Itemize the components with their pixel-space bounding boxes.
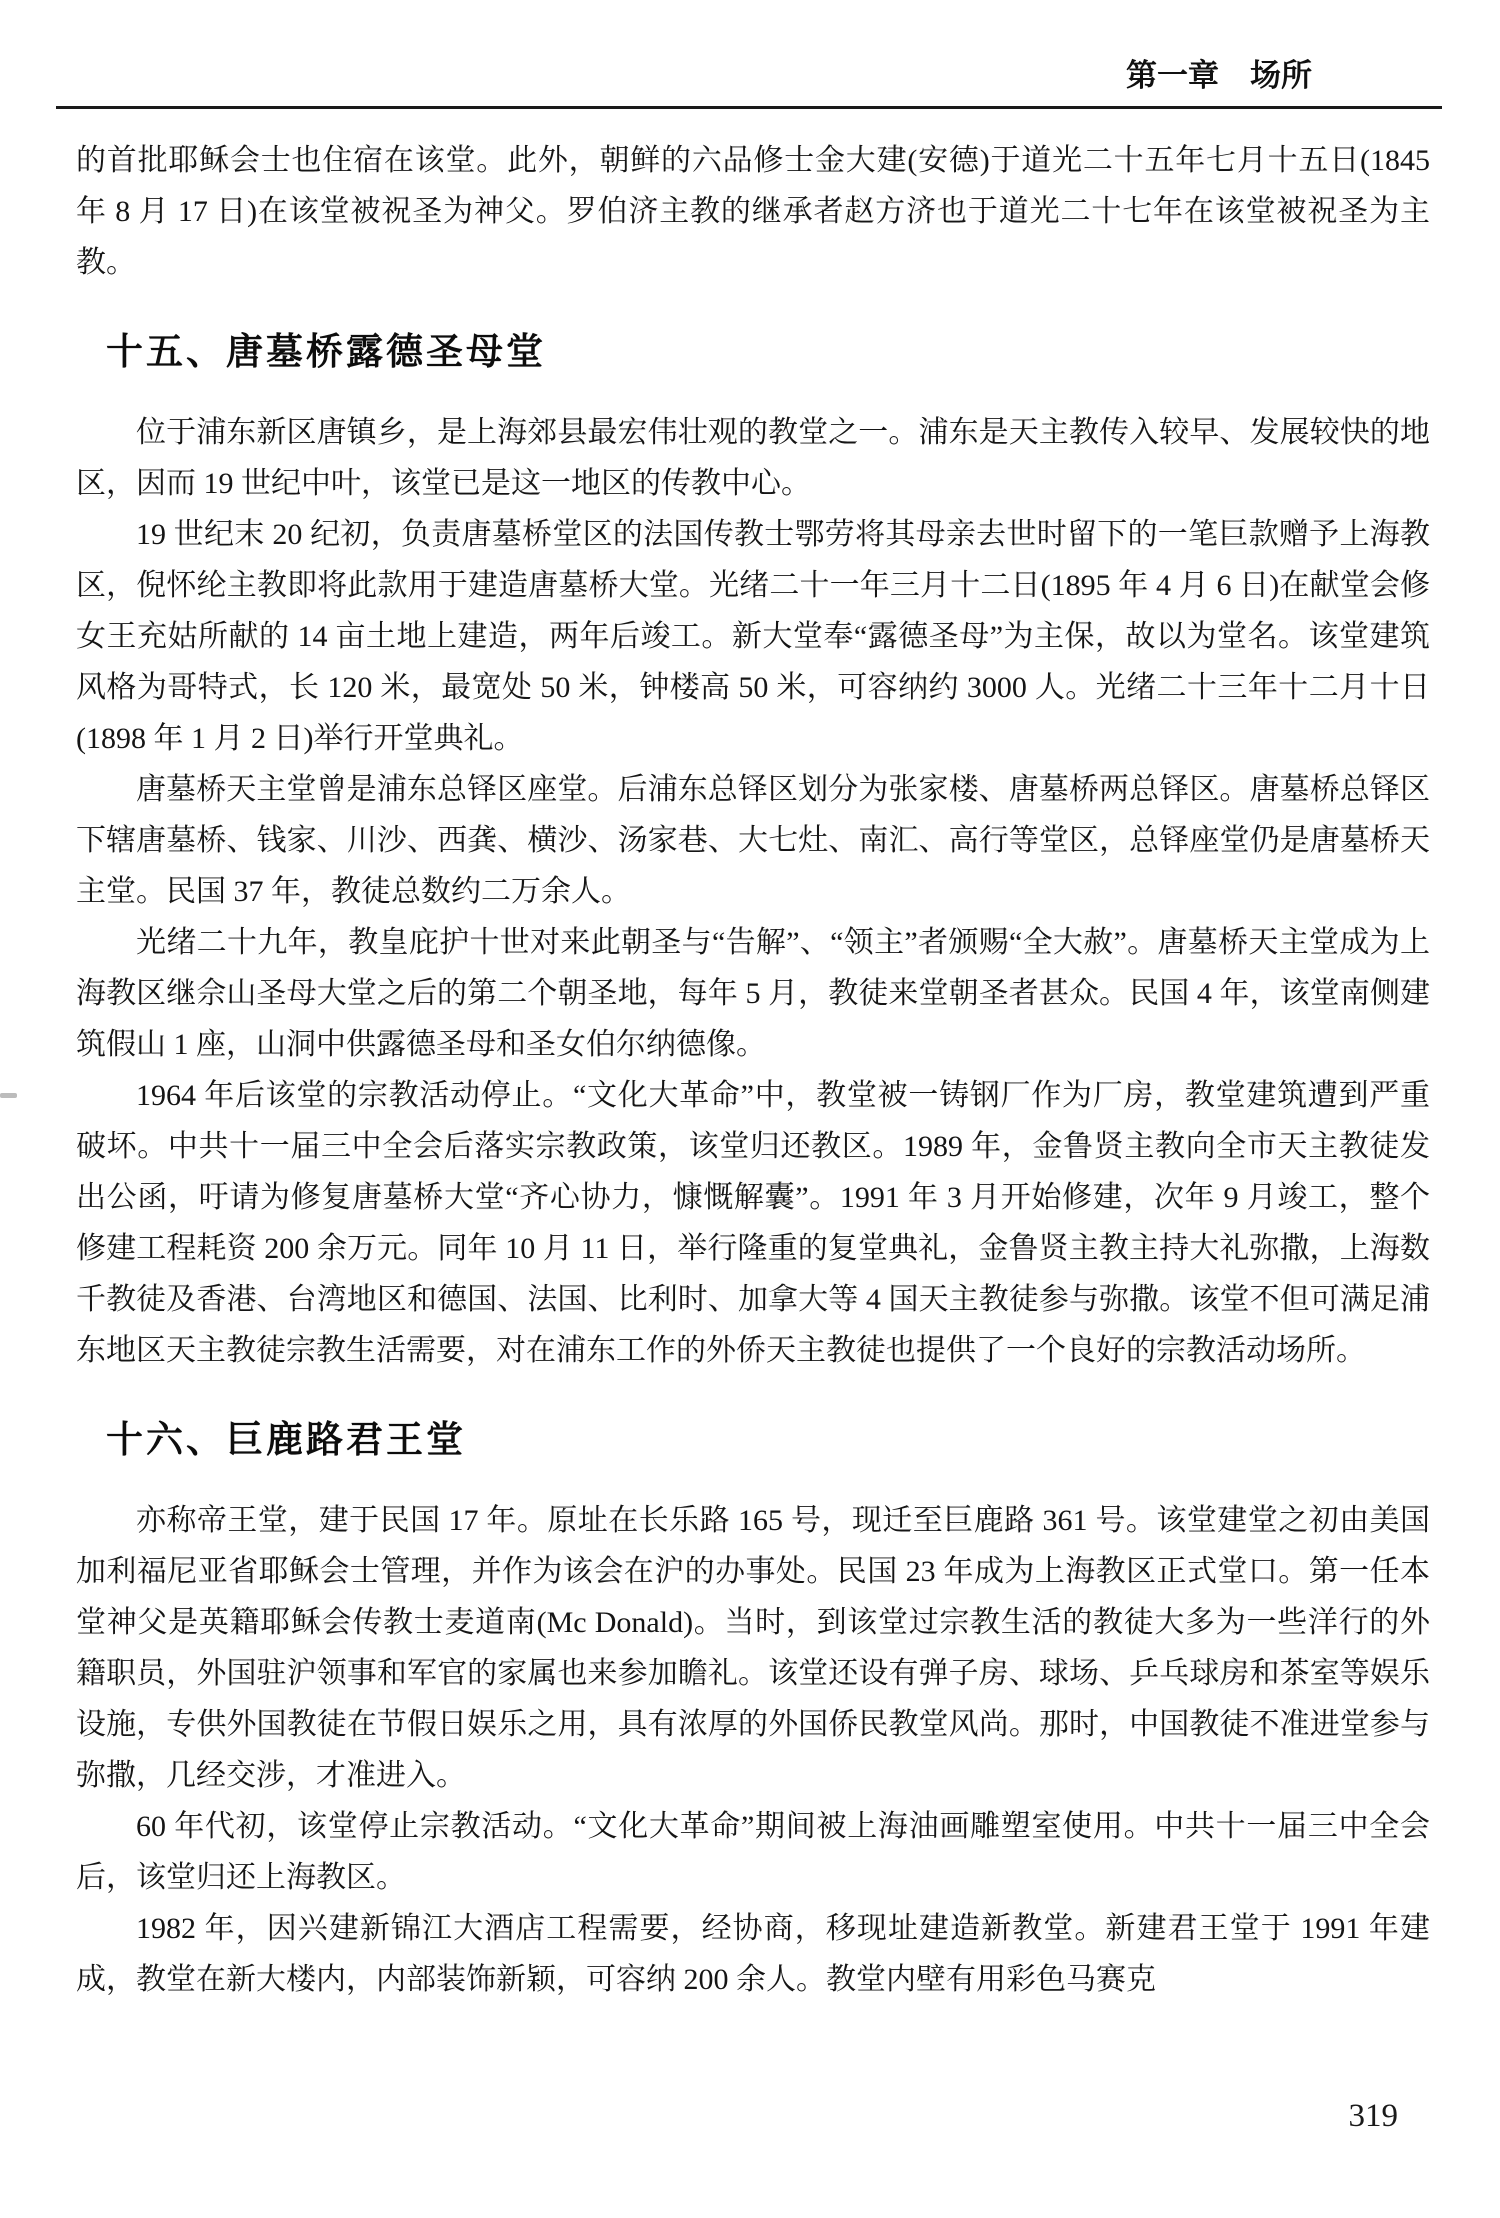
scan-artifact bbox=[0, 1093, 17, 1098]
section-16-heading: 十六、巨鹿路君王堂 bbox=[106, 1414, 1430, 1465]
page-footer: 319 bbox=[1349, 2098, 1399, 2135]
section-16-paragraph: 1982 年，因兴建新锦江大酒店工程需要，经协商，移现址建造新教堂。新建君王堂于… bbox=[76, 1903, 1430, 2005]
section-16-paragraph: 亦称帝王堂，建于民国 17 年。原址在长乐路 165 号，现迁至巨鹿路 361 … bbox=[76, 1495, 1430, 1801]
section-15-paragraph: 1964 年后该堂的宗教活动停止。“文化大革命”中，教堂被一铸钢厂作为厂房，教堂… bbox=[76, 1070, 1430, 1376]
section-15-paragraph: 位于浦东新区唐镇乡，是上海郊县最宏伟壮观的教堂之一。浦东是天主教传入较早、发展较… bbox=[76, 407, 1430, 509]
section-15-paragraph: 19 世纪末 20 纪初，负责唐墓桥堂区的法国传教士鄂劳将其母亲去世时留下的一笔… bbox=[76, 509, 1430, 764]
book-page: 第一章 场所 的首批耶稣会士也住宿在该堂。此外，朝鲜的六品修士金大建(安德)于道… bbox=[0, 0, 1500, 2218]
intro-paragraph: 的首批耶稣会士也住宿在该堂。此外，朝鲜的六品修士金大建(安德)于道光二十五年七月… bbox=[76, 135, 1430, 288]
running-head: 第一章 场所 bbox=[76, 58, 1430, 94]
chapter-title: 第一章 场所 bbox=[1126, 58, 1312, 93]
section-15-heading: 十五、唐墓桥露德圣母堂 bbox=[106, 326, 1430, 377]
section-16-paragraph: 60 年代初，该堂停止宗教活动。“文化大革命”期间被上海油画雕塑室使用。中共十一… bbox=[76, 1801, 1430, 1903]
header-rule bbox=[56, 106, 1442, 109]
section-15-paragraph: 唐墓桥天主堂曾是浦东总铎区座堂。后浦东总铎区划分为张家楼、唐墓桥两总铎区。唐墓桥… bbox=[76, 764, 1430, 917]
page-number: 319 bbox=[1349, 2098, 1399, 2134]
page-body: 的首批耶稣会士也住宿在该堂。此外，朝鲜的六品修士金大建(安德)于道光二十五年七月… bbox=[76, 135, 1430, 2005]
section-15-paragraph: 光绪二十九年，教皇庇护十世对来此朝圣与“告解”、“领主”者颁赐“全大赦”。唐墓桥… bbox=[76, 917, 1430, 1070]
